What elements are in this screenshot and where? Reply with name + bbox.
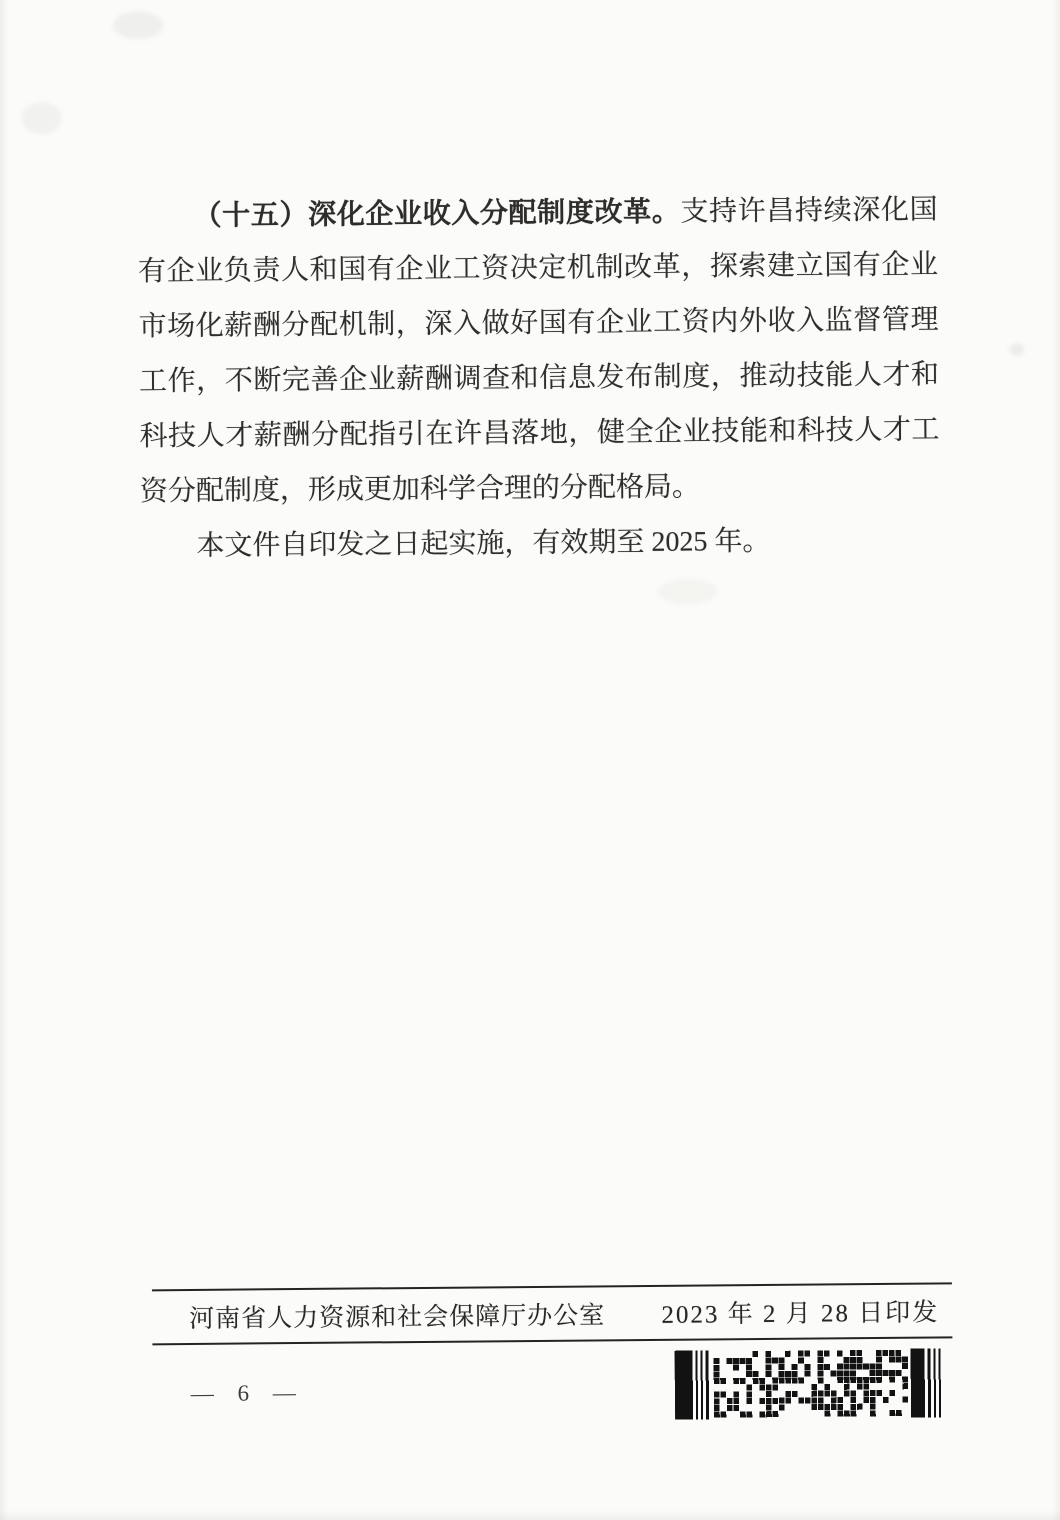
barcode: [674, 1346, 942, 1421]
scan-smudge: [22, 102, 62, 134]
effective-date-line: 本文件自印发之日起实施，有效期至 2025 年。: [140, 512, 940, 574]
scan-smudge: [113, 11, 163, 39]
body-line: （十五）深化企业收入分配制度改革。支持许昌持续深化国: [137, 182, 937, 244]
body-line: 资分配制度，形成更加科学合理的分配格局。: [140, 457, 940, 519]
barcode-graphic: [674, 1346, 942, 1421]
body-line-text: 支持许昌持续深化国: [680, 194, 937, 227]
page-number: — 6 —: [191, 1380, 297, 1407]
body-line: 市场化薪酬分配机制，深入做好国有企业工资内外收入监督管理: [138, 292, 938, 354]
scan-smudge: [1010, 344, 1024, 356]
body-line: 工作，不断完善企业薪酬调查和信息发布制度，推动技能人才和: [139, 347, 939, 409]
body-line: 科技人才薪酬分配指引在许昌落地，健全企业技能和科技人才工: [139, 402, 939, 464]
issuing-office: 河南省人力资源和社会保障厅办公室: [189, 1295, 605, 1335]
footer-bar: 河南省人力资源和社会保障厅办公室 2023 年 2 月 28 日印发: [152, 1282, 952, 1345]
scanned-content: （十五）深化企业收入分配制度改革。支持许昌持续深化国 有企业负责人和国有企业工资…: [0, 0, 1060, 1520]
body-text-block: （十五）深化企业收入分配制度改革。支持许昌持续深化国 有企业负责人和国有企业工资…: [137, 182, 940, 574]
print-date: 2023 年 2 月 28 日印发: [661, 1292, 939, 1330]
section-heading: （十五）深化企业收入分配制度改革。: [193, 197, 680, 232]
document-page: （十五）深化企业收入分配制度改革。支持许昌持续深化国 有企业负责人和国有企业工资…: [0, 0, 1060, 1520]
body-line: 有企业负责人和国有企业工资决定机制改革，探索建立国有企业: [138, 237, 938, 299]
scan-smudge: [658, 578, 718, 605]
